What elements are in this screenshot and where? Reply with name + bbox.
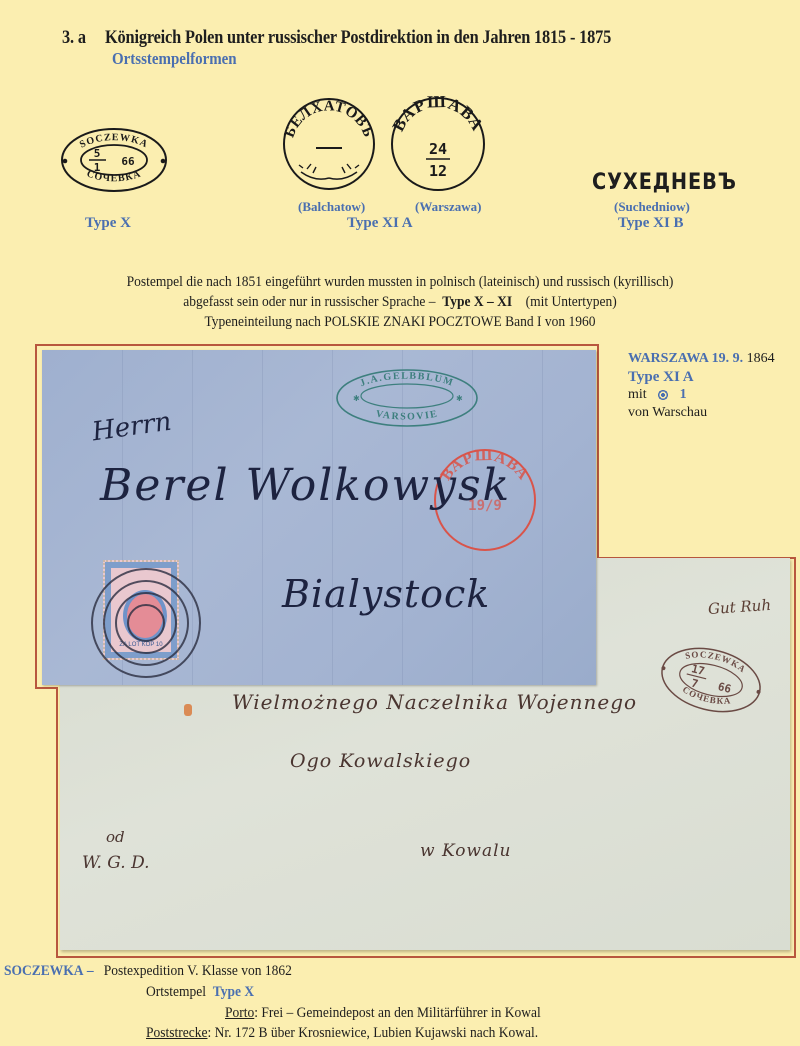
note-line-3: mit 1 (628, 386, 775, 404)
note-cancel-number: 1 (680, 387, 687, 402)
note-type: Type XI A (628, 368, 775, 386)
type-x-label: Type X (85, 215, 131, 232)
concentric-ring-cancel (86, 565, 206, 681)
type-range-label: Type X – XI (442, 294, 512, 310)
gelbblum-oval-cachet: J.A.GELBBLUM VARSOVIE ✱✱ (332, 365, 482, 431)
balchatow-round-postmark-sample: БЕЛХАТОВЪ (281, 96, 377, 192)
svg-text:7: 7 (690, 677, 700, 691)
soczewka-oval-postmark-sample: SOCZEWKA СОЧЕВКА 5 1 66 (58, 124, 170, 196)
page-title: 3. aKönigreich Polen unter russischer Po… (62, 27, 611, 49)
description-line-3: Typeneinteilung nach POLSKIE ZNAKI POCZT… (76, 312, 724, 332)
page-subtitle: Ortsstempelformen (112, 49, 237, 69)
porto-line: Porto: Frei – Gemeindepost an den Militä… (225, 1004, 541, 1024)
cover-note: WARSZAWA 19. 9. 1864 Type XI A mit 1 von… (628, 350, 775, 422)
title-text: Königreich Polen unter russischer Postdi… (105, 27, 611, 48)
concentric-rings-icon (657, 389, 669, 401)
route-line: Poststrecke: Nr. 172 B über Krosniewice,… (146, 1024, 538, 1044)
note-date: 19. 9. (708, 351, 743, 366)
destination-town: Bialystock (282, 572, 490, 616)
sender-line-1: od (106, 828, 125, 846)
svg-text:1: 1 (94, 161, 101, 174)
svg-text:12: 12 (429, 162, 447, 180)
addressee-name: Berel Wolkowysk (100, 460, 511, 511)
svg-text:✱: ✱ (456, 394, 463, 403)
suchedniow-straight-line-postmark-sample: СУХЕДНЕВЪ (592, 170, 737, 195)
suchedniow-caption: (Suchedniow) (614, 199, 690, 215)
type-xib-label: Type XI B (618, 215, 684, 232)
svg-text:ВАРШАВА: ВАРШАВА (389, 96, 487, 134)
soczewka-oval-cancel: SOCZEWKA СОЧЕВКА 17 7 66 (656, 640, 766, 720)
warszawa-round-postmark-sample: ВАРШАВА 24 12 (389, 96, 487, 192)
salutation: Herrn (90, 407, 173, 448)
balchatow-caption: (Balchatow) (298, 199, 365, 215)
address-line-1: Wielmożnego Naczelnika Wojennego (232, 690, 637, 714)
soczewka-heading: SOCZEWKA (4, 963, 84, 979)
svg-text:SOCZEWKA: SOCZEWKA (78, 132, 150, 150)
note-line-1: WARSZAWA 19. 9. 1864 (628, 350, 775, 368)
sender-line-2: W. G. D. (82, 853, 150, 873)
post-office-class: Postexpedition V. Klasse von 1862 (104, 963, 292, 979)
warszawa-cover: J.A.GELBBLUM VARSOVIE ✱✱ ВАРШАВА 19/9 He… (42, 350, 596, 685)
type-xia-label: Type XI A (347, 215, 413, 232)
address-line-2: Ogo Kowalskiego (290, 750, 471, 772)
warszawa-caption: (Warszawa) (415, 199, 481, 215)
description-paragraph: Postempel die nach 1851 eingeführt wurde… (40, 272, 760, 332)
description-line-2: abgefasst sein oder nur in russischer Sp… (76, 292, 724, 312)
svg-text:✱: ✱ (353, 394, 360, 403)
svg-text:VARSOVIE: VARSOVIE (375, 408, 439, 422)
note-from: von Warschau (628, 404, 775, 422)
ortstempel-type: Type X (213, 984, 254, 1000)
svg-text:66: 66 (121, 155, 135, 168)
svg-text:5: 5 (94, 147, 101, 160)
svg-text:66: 66 (716, 680, 732, 696)
svg-text:24: 24 (429, 140, 447, 158)
note-place: WARSZAWA (628, 351, 708, 366)
note-year: 1864 (747, 351, 775, 366)
description-line-1: Postempel die nach 1851 eingeführt wurde… (76, 272, 724, 292)
address-line-3: w Kowalu (420, 841, 512, 861)
wax-seal-trace (184, 704, 192, 716)
docket-note: Gut Ruh (707, 596, 771, 618)
svg-text:БЕЛХАТОВЪ: БЕЛХАТОВЪ (282, 98, 377, 140)
section-number: 3. a (62, 27, 105, 49)
